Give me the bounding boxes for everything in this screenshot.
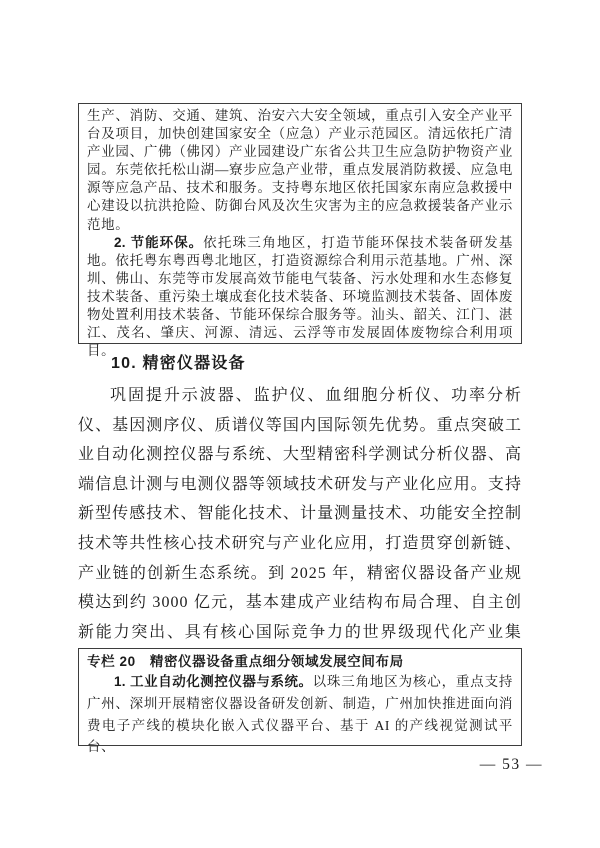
document-page: 生产、消防、交通、建筑、治安六大安全领域，重点引入安全产业平台及项目，加快创建国… xyxy=(0,0,600,848)
section-heading-precision-instruments: 10. 精密仪器设备 xyxy=(78,353,522,374)
section-paragraph: 巩固提升示波器、监护仪、血细胞分析仪、功率分析仪、基因测序仪、质谱仪等国内国际领… xyxy=(78,381,522,677)
page-number: — 53 — xyxy=(480,756,543,774)
energy-saving-item-text: 依托珠三角地区，打造节能环保技术装备研发基地。依托粤东粤西粤北地区，打造资源综合… xyxy=(87,235,513,359)
column-20-item-1-label: 1. 工业自动化测控仪器与系统。 xyxy=(114,674,313,689)
safety-paragraph-continuation: 生产、消防、交通、建筑、治安六大安全领域，重点引入安全产业平台及项目，加快创建国… xyxy=(87,107,513,234)
energy-saving-item-label: 2. 节能环保。 xyxy=(114,235,203,250)
column-20-item-1: 1. 工业自动化测控仪器与系统。以珠三角地区为核心，重点支持广州、深圳开展精密仪… xyxy=(87,671,513,758)
column-20-title: 专栏 20 精密仪器设备重点细分领域发展空间布局 xyxy=(87,653,513,671)
callout-box-column-20: 专栏 20 精密仪器设备重点细分领域发展空间布局 1. 工业自动化测控仪器与系统… xyxy=(78,648,522,746)
callout-box-safety-energy: 生产、消防、交通、建筑、治安六大安全领域，重点引入安全产业平台及项目，加快创建国… xyxy=(78,103,522,344)
energy-saving-item: 2. 节能环保。依托珠三角地区，打造节能环保技术装备研发基地。依托粤东粤西粤北地… xyxy=(87,234,513,361)
